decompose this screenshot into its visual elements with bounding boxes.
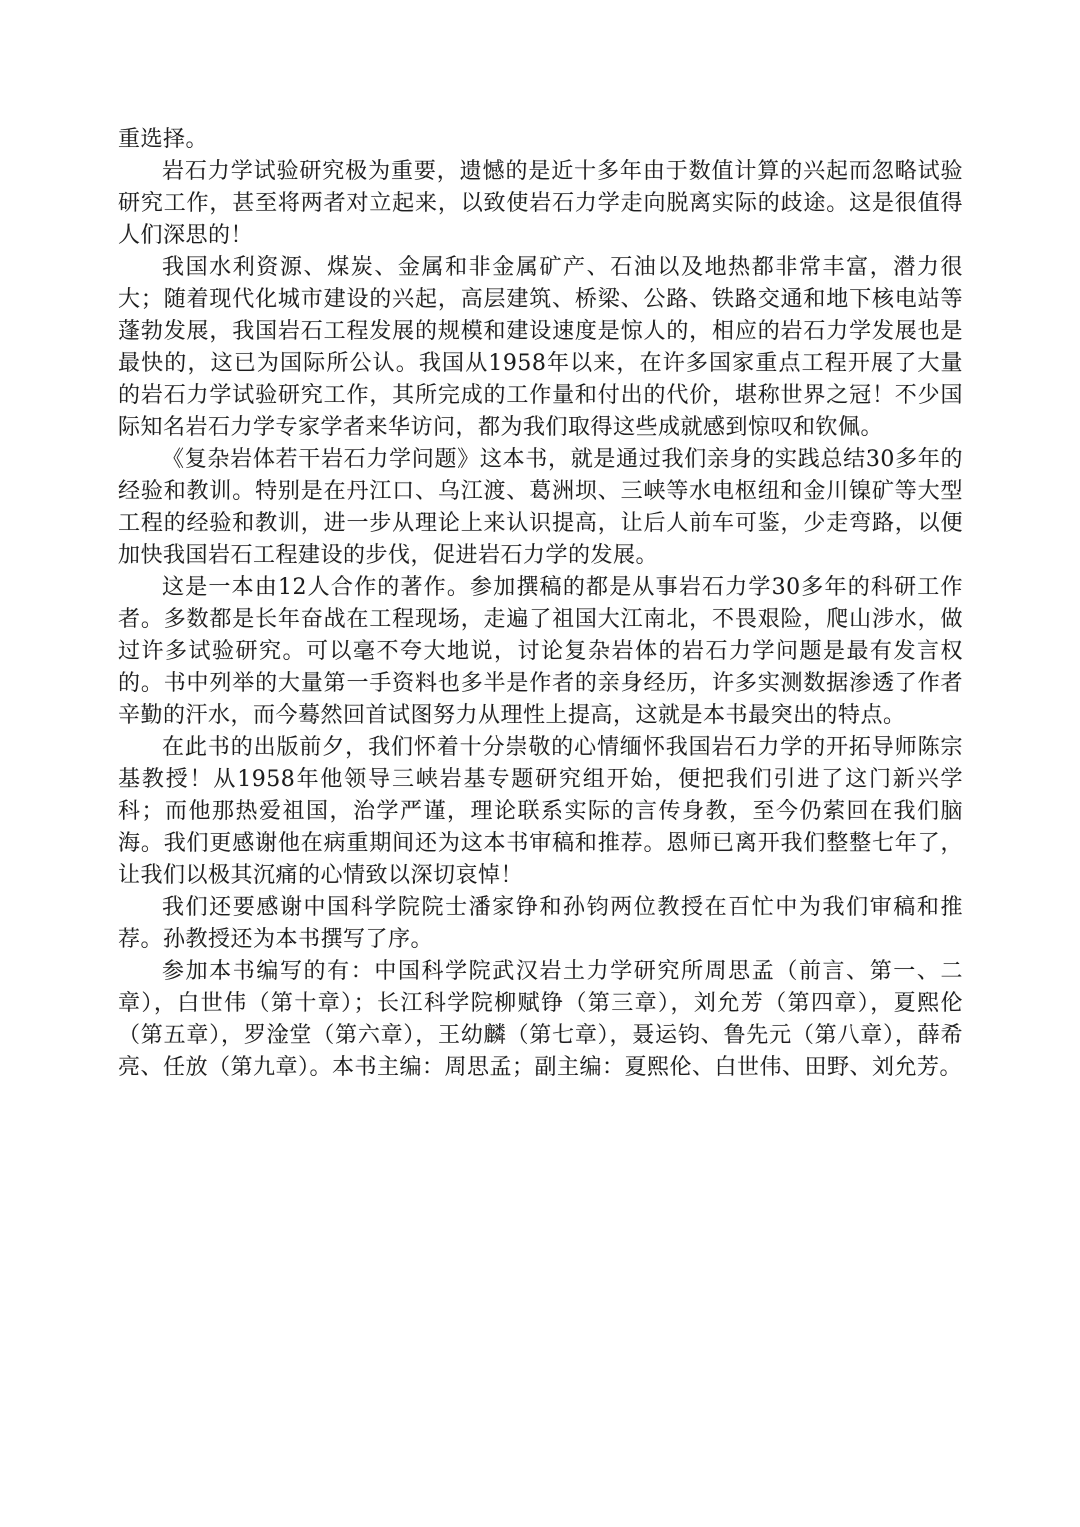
- paragraph-authors-experience: 这是一本由12人合作的著作。参加撰稿的都是从事岩石力学30多年的科研工作者。多数…: [118, 572, 963, 732]
- paragraph-contributors-list: 参加本书编写的有：中国科学院武汉岩土力学研究所周思孟（前言、第一、二章），白世伟…: [118, 956, 963, 1084]
- paragraph-thanks-reviewers: 我们还要感谢中国科学院院士潘家铮和孙钧两位教授在百忙中为我们审稿和推荐。孙教授还…: [118, 892, 963, 956]
- paragraph-book-intro: 《复杂岩体若干岩石力学问题》这本书，就是通过我们亲身的实践总结30多年的经验和教…: [118, 444, 963, 572]
- paragraph-test-research: 岩石力学试验研究极为重要，遗憾的是近十多年由于数值计算的兴起而忽略试验研究工作，…: [118, 156, 963, 252]
- book-page: 重选择。 岩石力学试验研究极为重要，遗憾的是近十多年由于数值计算的兴起而忽略试验…: [0, 0, 1080, 1527]
- paragraph-national-resources: 我国水利资源、煤炭、金属和非金属矿产、石油以及地热都非常丰富，潜力很大；随着现代…: [118, 252, 963, 444]
- paragraph-memorial-chen-zongji: 在此书的出版前夕，我们怀着十分崇敬的心情缅怀我国岩石力学的开拓导师陈宗基教授！从…: [118, 732, 963, 892]
- paragraph-continuation: 重选择。: [118, 124, 963, 156]
- page-text: 重选择。 岩石力学试验研究极为重要，遗憾的是近十多年由于数值计算的兴起而忽略试验…: [118, 124, 963, 1084]
